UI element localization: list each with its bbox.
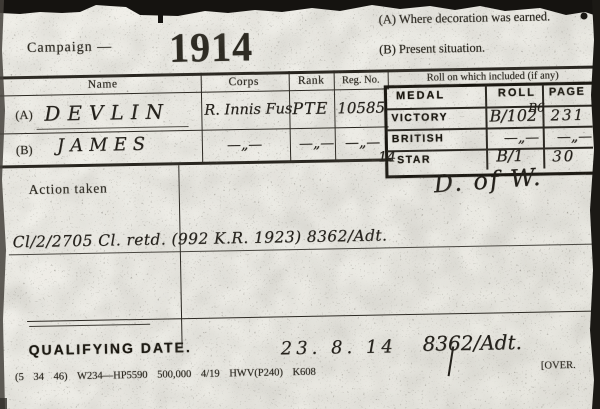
corps-value: R. Innis Fus [204,101,292,119]
medal-row-star-prefix: 14 [378,149,396,165]
card-content: Campaign — 1914 (A) Where decoration was… [0,0,600,409]
row-b-prefix: (B) [16,143,33,158]
table-vline-name-corps [201,73,204,163]
campaign-label: Campaign — [27,39,112,57]
note-present-situation: (B) Present situation. [379,41,485,58]
reg-no-ditto: —„— [345,135,381,152]
medal-row-star-page: 30 [552,147,575,165]
medal-row-victory-page: 231 [550,106,585,125]
column-header-reg-no: Reg. No. [335,74,387,86]
medal-row-star-roll: B/1 [496,146,524,165]
medal-row-british-label: BRITISH [392,132,445,145]
surname-value: DEVLIN [44,99,170,125]
medal-box-col-medal: MEDAL [396,89,445,102]
corps-ditto: —„— [227,137,263,154]
printer-code: (5 34 46) W234—HP5590 500,000 4/19 HWV(P… [15,367,316,384]
rank-ditto: —„— [299,135,335,152]
rank-value: PTE [292,98,328,118]
column-header-rank: Rank [290,74,333,87]
medal-row-victory-label: VICTORY [391,111,448,124]
surname-underline [37,126,189,130]
medal-row-british-roll: —„— [504,130,540,147]
action-section-divider [178,165,183,347]
column-header-name: Name [68,78,138,91]
medal-row-british-page: —„— [557,129,593,146]
qualifying-rule [27,311,600,323]
forename-value: JAMES [57,134,151,157]
qualifying-date-label: QUALIFYING DATE. [28,339,191,358]
medal-index-card: Campaign — 1914 (A) Where decoration was… [0,0,600,409]
column-header-corps: Corps [210,75,278,88]
table-header-rule [0,88,388,97]
reg-no-value: 10585 [337,98,385,117]
table-bottom-rule [0,158,391,168]
action-taken-label: Action taken [29,181,108,198]
qualifying-rule-short [29,324,150,327]
over-note: [OVER. [541,360,576,372]
qualifying-date-value: 23. 8. 14 [280,336,397,359]
medal-box-col-page: PAGE [549,86,586,99]
note-where-decoration-earned: (A) Where decoration was earned. [379,9,551,27]
row-a-prefix: (A) [15,108,33,123]
medal-row-victory-roll-note: B6 [528,101,545,115]
campaign-year: 1914 [169,22,254,72]
qualifying-reference: 8362/Adt. [422,330,522,356]
medal-row-star-label: STAR [397,154,431,167]
medal-box-col-roll: ROLL [498,87,536,100]
